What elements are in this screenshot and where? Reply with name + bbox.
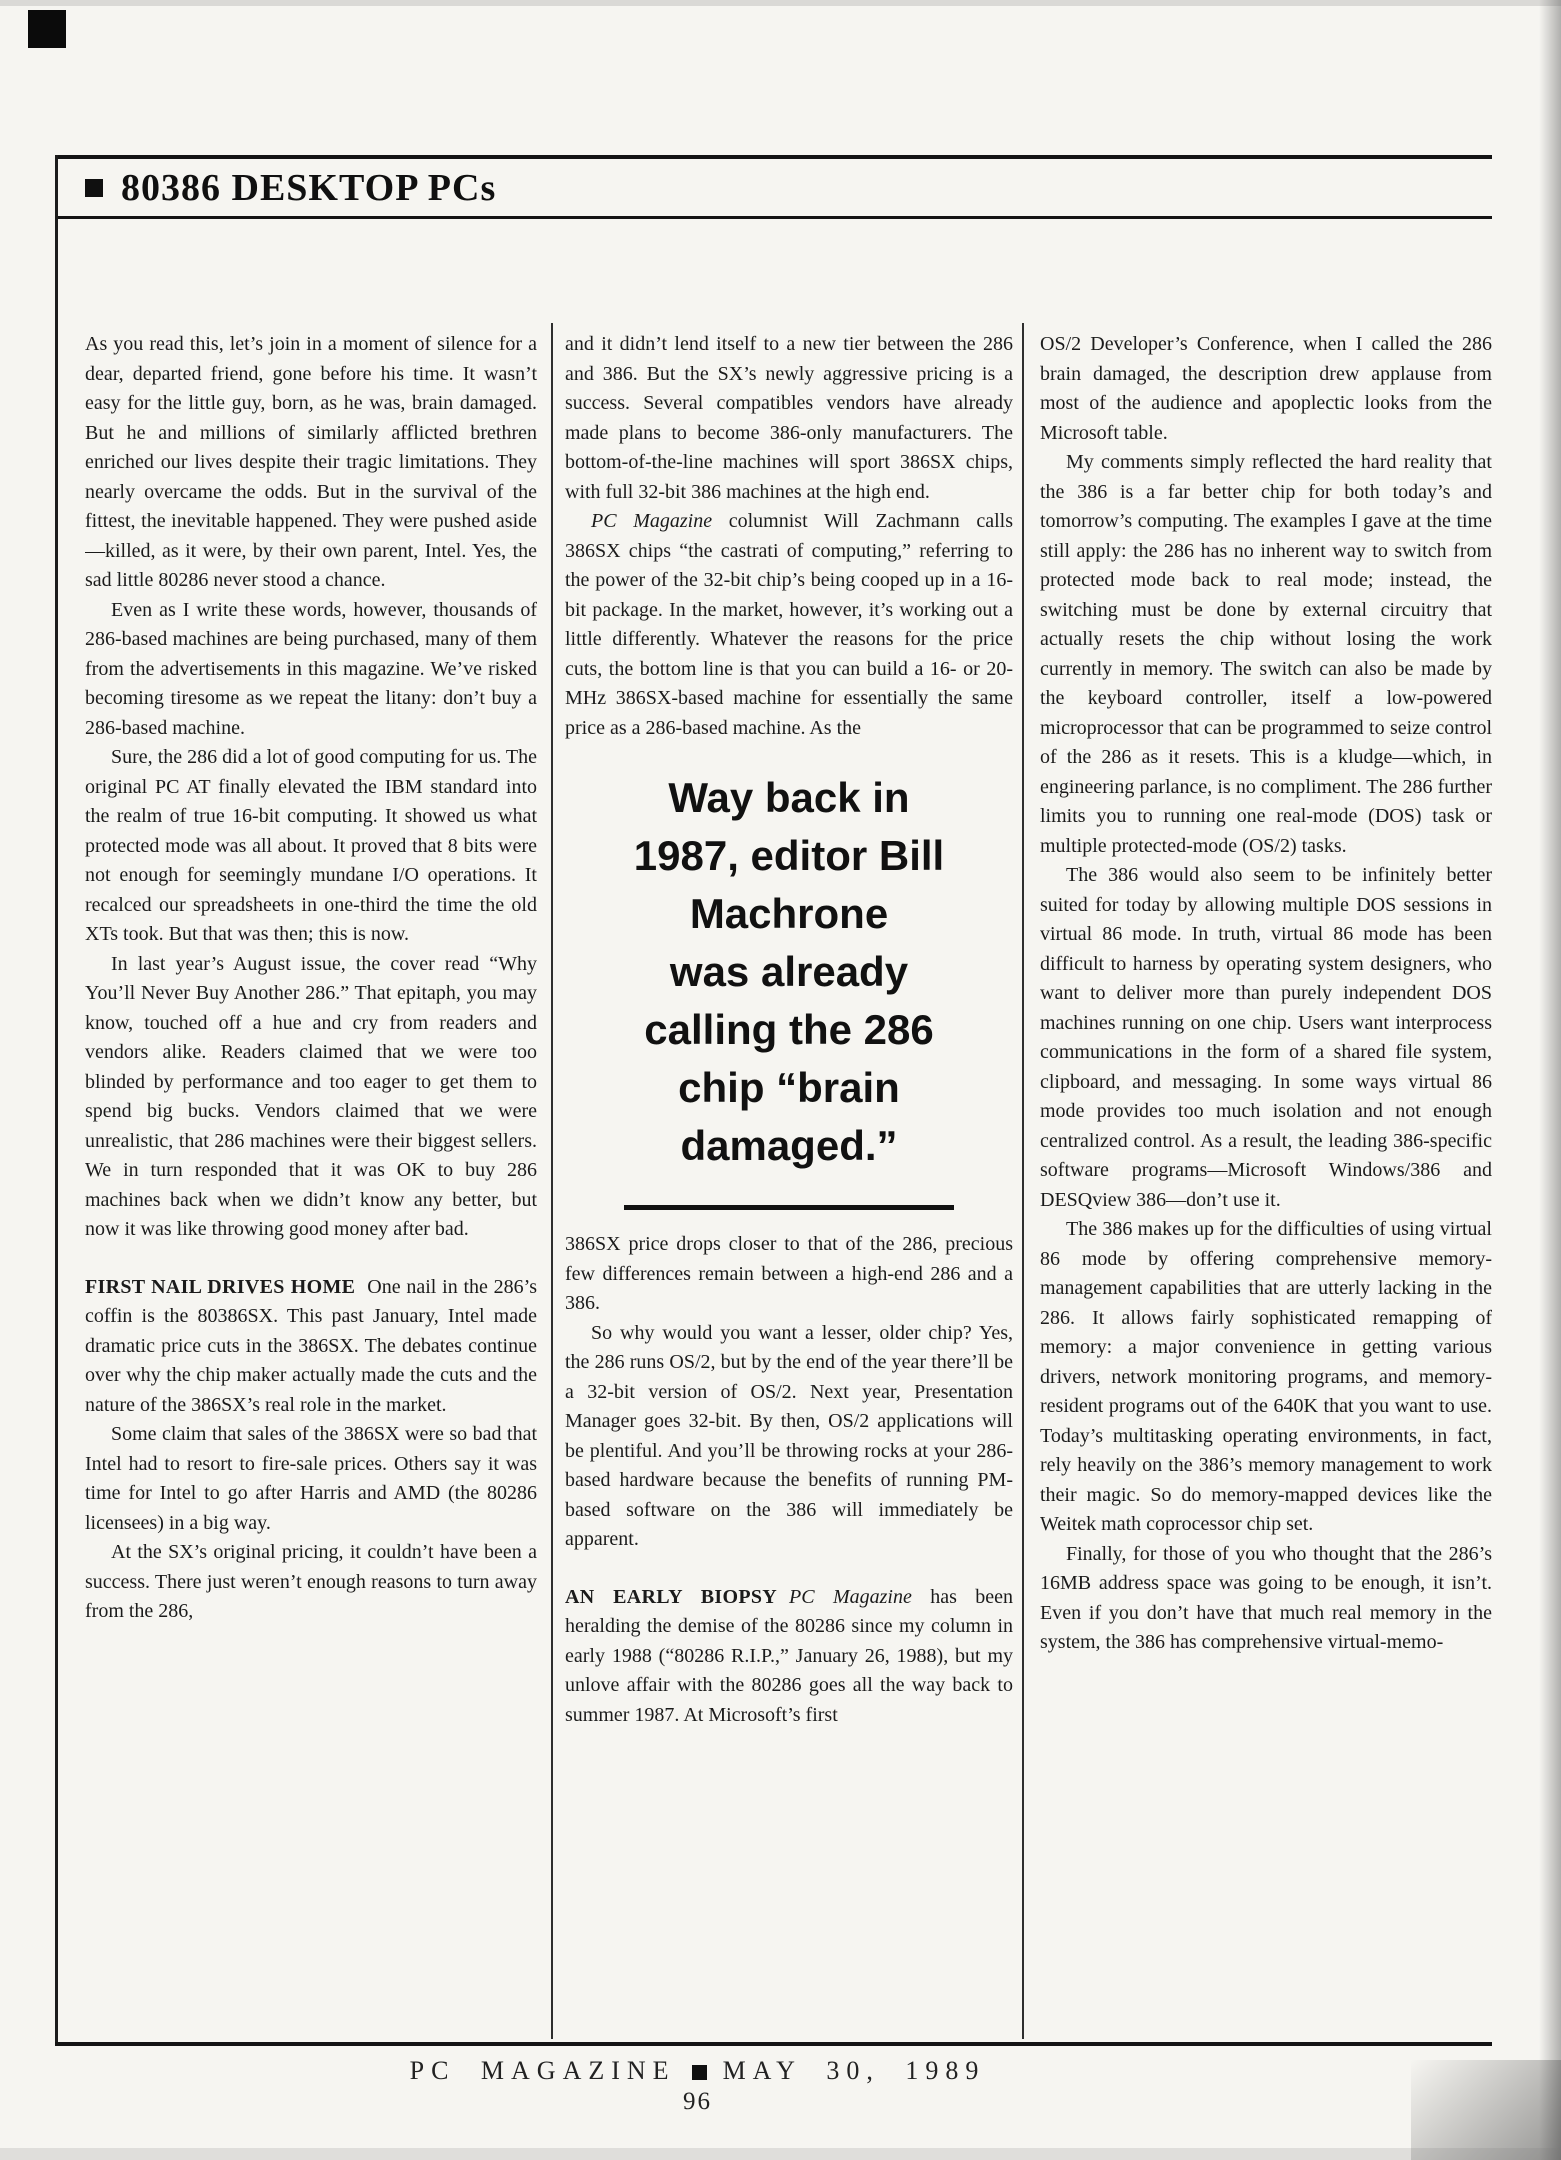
- square-bullet-icon: [692, 2065, 707, 2080]
- text-column-3: OS/2 Developer’s Conference, when I call…: [1040, 330, 1492, 2042]
- column-divider: [551, 323, 553, 2039]
- section-heading: AN EARLY BIOPSY: [565, 1586, 789, 1608]
- section-title: 80386 DESKTOP PCs: [121, 166, 496, 210]
- text-column-2: and it didn’t lend itself to a new tier …: [565, 330, 1013, 2042]
- pull-quote-line: chip “brain: [565, 1059, 1013, 1117]
- paragraph: Some claim that sales of the 386SX were …: [85, 1420, 537, 1538]
- scan-shadow: [1411, 2060, 1561, 2160]
- magazine-name: PC MAGAZINE: [410, 2056, 676, 2085]
- magazine-page: 80386 DESKTOP PCs As you read this, let’…: [0, 0, 1561, 2160]
- paragraph: Finally, for those of you who thought th…: [1040, 1540, 1492, 1658]
- left-frame-rule: [55, 155, 58, 2046]
- paragraph: PC Magazine columnist Will Zachmann call…: [565, 507, 1013, 743]
- paragraph: As you read this, let’s join in a moment…: [85, 330, 537, 596]
- paragraph-text: columnist Will Zachmann calls 386SX chip…: [565, 510, 1013, 739]
- pull-quote-line: calling the 286: [565, 1001, 1013, 1059]
- pull-quote-line: 1987, editor Bill: [565, 827, 1013, 885]
- column-divider: [1022, 323, 1024, 2039]
- square-bullet-icon: [85, 179, 103, 197]
- paragraph: My comments simply reflected the hard re…: [1040, 448, 1492, 861]
- section-header: 80386 DESKTOP PCs: [55, 155, 1492, 219]
- paragraph: 386SX price drops closer to that of the …: [565, 1230, 1013, 1319]
- pull-quote-line: damaged.”: [565, 1117, 1013, 1175]
- pull-quote-rule: [624, 1205, 954, 1210]
- italic-lead: PC Magazine: [789, 1586, 912, 1608]
- text-column-1: As you read this, let’s join in a moment…: [85, 330, 537, 2042]
- pull-quote-line: Machrone: [565, 885, 1013, 943]
- bottom-frame-rule: [55, 2042, 1492, 2046]
- scan-shadow: [1539, 0, 1561, 2160]
- paragraph: The 386 makes up for the difficulties of…: [1040, 1215, 1492, 1540]
- page-footer: PC MAGAZINEMAY 30, 1989 96: [55, 2056, 1340, 2116]
- paragraph: Even as I write these words, however, th…: [85, 596, 537, 744]
- issue-date: MAY 30, 1989: [723, 2056, 986, 2085]
- paragraph: Sure, the 286 did a lot of good computin…: [85, 743, 537, 950]
- section-heading: FIRST NAIL DRIVES HOME: [85, 1276, 367, 1298]
- italic-lead: PC Magazine: [591, 510, 712, 532]
- scan-corner-mark: [28, 10, 66, 48]
- page-number: 96: [55, 2088, 1340, 2116]
- pull-quote: Way back in 1987, editor Bill Machrone w…: [565, 769, 1013, 1210]
- paragraph: OS/2 Developer’s Conference, when I call…: [1040, 330, 1492, 448]
- pull-quote-line: Way back in: [565, 769, 1013, 827]
- pull-quote-line: was already: [565, 943, 1013, 1001]
- folio-line: PC MAGAZINEMAY 30, 1989: [55, 2056, 1340, 2086]
- scan-shadow: [0, 0, 1561, 6]
- section-paragraph: AN EARLY BIOPSYPC Magazine has been hera…: [565, 1583, 1013, 1731]
- paragraph: and it didn’t lend itself to a new tier …: [565, 330, 1013, 507]
- paragraph: At the SX’s original pricing, it couldn’…: [85, 1538, 537, 1627]
- paragraph: The 386 would also seem to be infinitely…: [1040, 861, 1492, 1215]
- paragraph: In last year’s August issue, the cover r…: [85, 950, 537, 1245]
- paragraph: So why would you want a lesser, older ch…: [565, 1319, 1013, 1555]
- scan-shadow: [0, 2148, 1561, 2160]
- section-paragraph: FIRST NAIL DRIVES HOMEOne nail in the 28…: [85, 1273, 537, 1421]
